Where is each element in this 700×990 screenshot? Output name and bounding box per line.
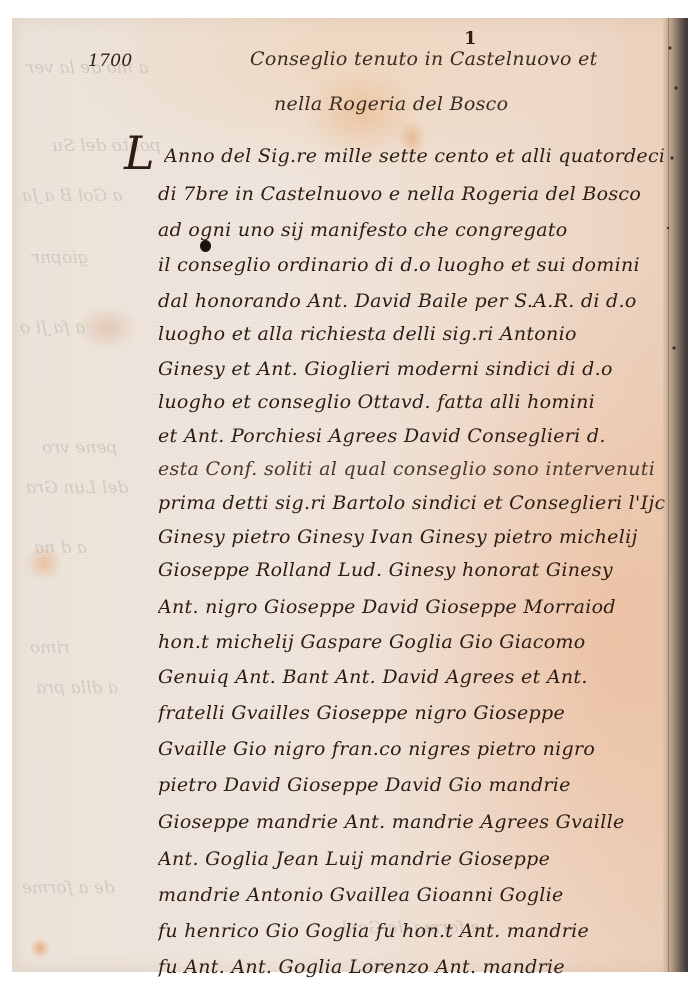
heading-line-2: nella Rogeria del Bosco — [274, 93, 508, 115]
manuscript-paper: a mo de la ver ponto del Su a Gol B a Ja… — [12, 18, 688, 972]
bleed-mark: pene vro — [42, 438, 117, 458]
body-line: prima detti sig.ri Bartolo sindici et Co… — [158, 492, 668, 514]
year-margin-note: 1700 — [88, 51, 132, 71]
scanned-page: a mo de la ver ponto del Su a Gol B a Ja… — [0, 0, 700, 990]
body-line: di 7bre in Castelnuovo e nella Rogeria d… — [158, 183, 668, 205]
opening-initial: L — [124, 130, 155, 176]
body-line: esta Conf. soliti al qual conseglio sono… — [158, 458, 668, 480]
body-line: Ant. nigro Gioseppe David Gioseppe Morra… — [158, 596, 668, 618]
body-line: fratelli Gvailles Gioseppe nigro Giosepp… — [158, 702, 668, 724]
ink-blot — [200, 240, 211, 252]
body-line: luogho et alla richiesta delli sig.ri An… — [158, 323, 668, 345]
body-line: mandrie Antonio Gvaillea Gioanni Goglie — [158, 884, 668, 906]
body-line: Gioseppe mandrie Ant. mandrie Agrees Gva… — [158, 811, 668, 833]
bleed-mark: rimo — [30, 638, 70, 658]
bleed-mark: de a forme — [22, 878, 115, 898]
bleed-mark: a d na — [34, 538, 87, 558]
body-line: Genuiq Ant. Bant Ant. David Agrees et An… — [158, 666, 668, 688]
body-line: Ginesy et Ant. Gioglieri moderni sindici… — [158, 358, 668, 380]
body-line: Ant. Goglia Jean Luij mandrie Gioseppe — [158, 848, 668, 870]
body-line: et Ant. Porchiesi Agrees David Conseglie… — [158, 425, 668, 447]
bleed-mark: a Gol B a Ja — [22, 186, 123, 206]
body-line: pietro David Gioseppe David Gio mandrie — [158, 774, 668, 796]
body-line: dal honorando Ant. David Baile per S.A.R… — [158, 290, 668, 312]
body-line: ad ogni uno sij manifesto che congregato — [158, 219, 668, 241]
body-line: hon.t michelij Gaspare Goglia Gio Giacom… — [158, 631, 668, 653]
bleed-mark: a fa Ji o — [20, 318, 85, 338]
bleed-mark: a dlla pra — [36, 678, 118, 698]
body-line: fu henrico Gio Goglia fu hon.t Ant. mand… — [158, 920, 668, 942]
body-line: fu Ant. Ant. Goglia Lorenzo Ant. mandrie — [158, 956, 668, 978]
bleed-mark: del Lun Gra — [26, 478, 128, 498]
body-line: Gvaille Gio nigro fran.co nigres pietro … — [158, 738, 668, 760]
body-line: il conseglio ordinario di d.o luogho et … — [158, 254, 668, 276]
body-line: luogho et conseglio Ottavd. fatta alli h… — [158, 391, 668, 413]
body-line: Anno del Sig.re mille sette cento et all… — [164, 145, 674, 167]
body-line: Ginesy pietro Ginesy Ivan Ginesy pietro … — [158, 526, 668, 548]
body-line: Gioseppe Rolland Lud. Ginesy honorat Gin… — [158, 559, 668, 581]
folio-number: 1 — [464, 28, 477, 49]
heading-line-1: Conseglio tenuto in Castelnuovo et — [250, 48, 598, 70]
bleed-mark: giopnr — [32, 248, 89, 268]
binding-edge — [662, 18, 688, 972]
